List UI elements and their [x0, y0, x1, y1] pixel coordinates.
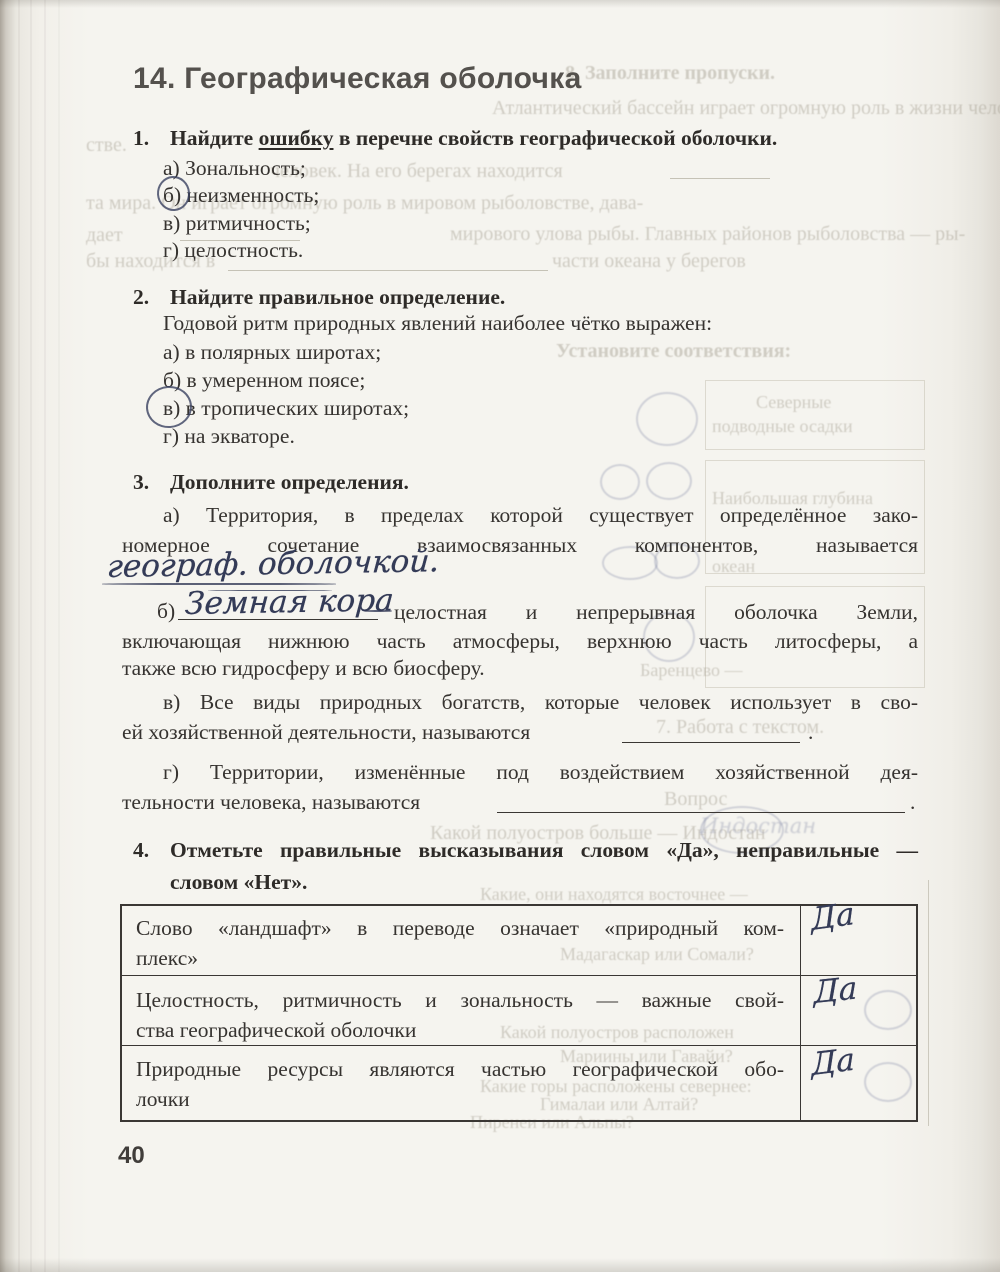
q3v-blank-line: [622, 742, 800, 743]
bleed-underline: [670, 178, 770, 179]
q3a-line1: а) Территория, в пределах которой сущест…: [163, 501, 918, 530]
bleed-text: 8. Заполните пропуски.: [565, 62, 775, 85]
bleed-pen-circle: [636, 392, 698, 446]
q3a-handwritten-answer: географ. оболочкой.: [106, 543, 441, 585]
binding-crease: [58, 0, 60, 1272]
bleed-text: дает: [86, 224, 123, 247]
q3g-line2: тельности человека, называются: [122, 788, 420, 817]
q3g-line1: г) Территории, изменённые под воздействи…: [163, 758, 918, 787]
q3b-letter: б): [157, 597, 175, 626]
table-row2-statement-line2: ства географической оболочки: [136, 1015, 416, 1045]
table-row3-statement-line1: Природные ресурсы являются частью геогра…: [136, 1054, 784, 1084]
workbook-scanned-page: 8. Заполните пропуски. Атлантический бас…: [0, 0, 1000, 1272]
bleed-pen-circle: [646, 462, 692, 500]
bleed-text: Баренцево —: [640, 660, 742, 681]
bleed-text: Северные: [756, 392, 831, 413]
bleed-table-box: [705, 380, 925, 450]
q1-prompt-pre: Найдите: [170, 126, 259, 150]
bleed-text: Атлантический бассейн играет огромную ро…: [492, 97, 1000, 120]
q1-option-g: г) целостность.: [163, 236, 303, 265]
q3b-pen-dash: [364, 610, 392, 612]
q3b-line1: целостная и непрерывная оболочка Земли,: [394, 598, 918, 627]
q3v-dot: .: [808, 718, 813, 747]
bleed-underline: [228, 270, 548, 271]
q3g-dot: .: [910, 788, 915, 817]
q2-option-a: а) в полярных широтах;: [163, 338, 381, 367]
q3b-handwritten-answer: Земная кора: [184, 582, 395, 622]
binding-crease: [44, 0, 46, 1272]
q4-prompt-line1: Отметьте правильные высказывания словом …: [170, 836, 918, 865]
q2-number: 2.: [133, 283, 149, 312]
bleed-text: Какие, они находятся восточнее —: [480, 884, 748, 905]
q4-prompt-line2: словом «Нет».: [170, 868, 307, 897]
page-number: 40: [118, 1142, 145, 1170]
q3v-line2: ей хозяйственной деятельности, называютс…: [122, 718, 530, 747]
table-row1-handwritten-answer: Да: [810, 897, 855, 937]
q3-number: 3.: [133, 468, 149, 497]
table-row3-handwritten-answer: Да: [811, 1043, 856, 1082]
table-row-divider: [122, 975, 916, 976]
q1-option-a: а) Зональность;: [163, 154, 306, 183]
bleed-text: человек. На его берегах находится: [270, 160, 563, 183]
q2-prompt: Найдите правильное определение.: [170, 283, 505, 312]
q1-option-v: в) ритмичность;: [163, 209, 311, 238]
q3g-blank-line: [497, 812, 905, 813]
q3-prompt: Дополните определения.: [170, 468, 409, 497]
bleed-text: части океана у берегов: [552, 250, 746, 273]
bleed-text: стве.: [86, 134, 127, 157]
binding-crease: [18, 0, 20, 1272]
table-row2-handwritten-answer: Да: [813, 971, 857, 1010]
q2-lead: Годовой ритм природных явлений наиболее …: [163, 309, 712, 338]
bleed-text: 7. Работа с текстом.: [656, 716, 824, 739]
q1-prompt-post: в перечне свойств географической оболочк…: [333, 126, 777, 150]
table-row-divider: [122, 1045, 916, 1046]
q2-option-b: б) в умеренном поясе;: [163, 366, 365, 395]
q3b-line3: также всю гидросферу и всю биосферу.: [122, 654, 485, 683]
bleed-text: подводные осадки: [712, 416, 853, 437]
q1-prompt: Найдите ошибку в перечне свойств географ…: [170, 124, 777, 153]
q3v-line1: в) Все виды природных богатств, которые …: [163, 688, 918, 717]
q3b-line2: включающая нижнюю часть атмосферы, верхн…: [122, 627, 918, 656]
bleed-text: Установите соответствия:: [556, 340, 791, 363]
table-row3-statement-line2: лочки: [136, 1084, 190, 1114]
bleed-column-line: [928, 880, 929, 1126]
bleed-text: Вопрос: [664, 788, 727, 811]
bleed-pen-circle: [600, 464, 640, 500]
q1-underlined-word: ошибку: [259, 126, 334, 150]
q1-number: 1.: [133, 124, 149, 153]
q2-option-g: г) на экваторе.: [163, 422, 295, 451]
page-title: 14. Географическая оболочка: [133, 62, 582, 96]
table-column-divider: [800, 906, 801, 1120]
q2-option-v: в) в тропических широтах;: [163, 394, 409, 423]
table-row1-statement-line1: Слово «ландшафт» в переводе означает «пр…: [136, 913, 784, 943]
table-row1-statement-line2: плекс»: [136, 943, 198, 973]
q4-number: 4.: [133, 836, 149, 865]
bleed-text: мирового улова рыбы. Главных районов рыб…: [450, 223, 965, 246]
table-row2-statement-line1: Целостность, ритмичность и зональность —…: [136, 985, 784, 1015]
binding-crease: [30, 0, 32, 1272]
